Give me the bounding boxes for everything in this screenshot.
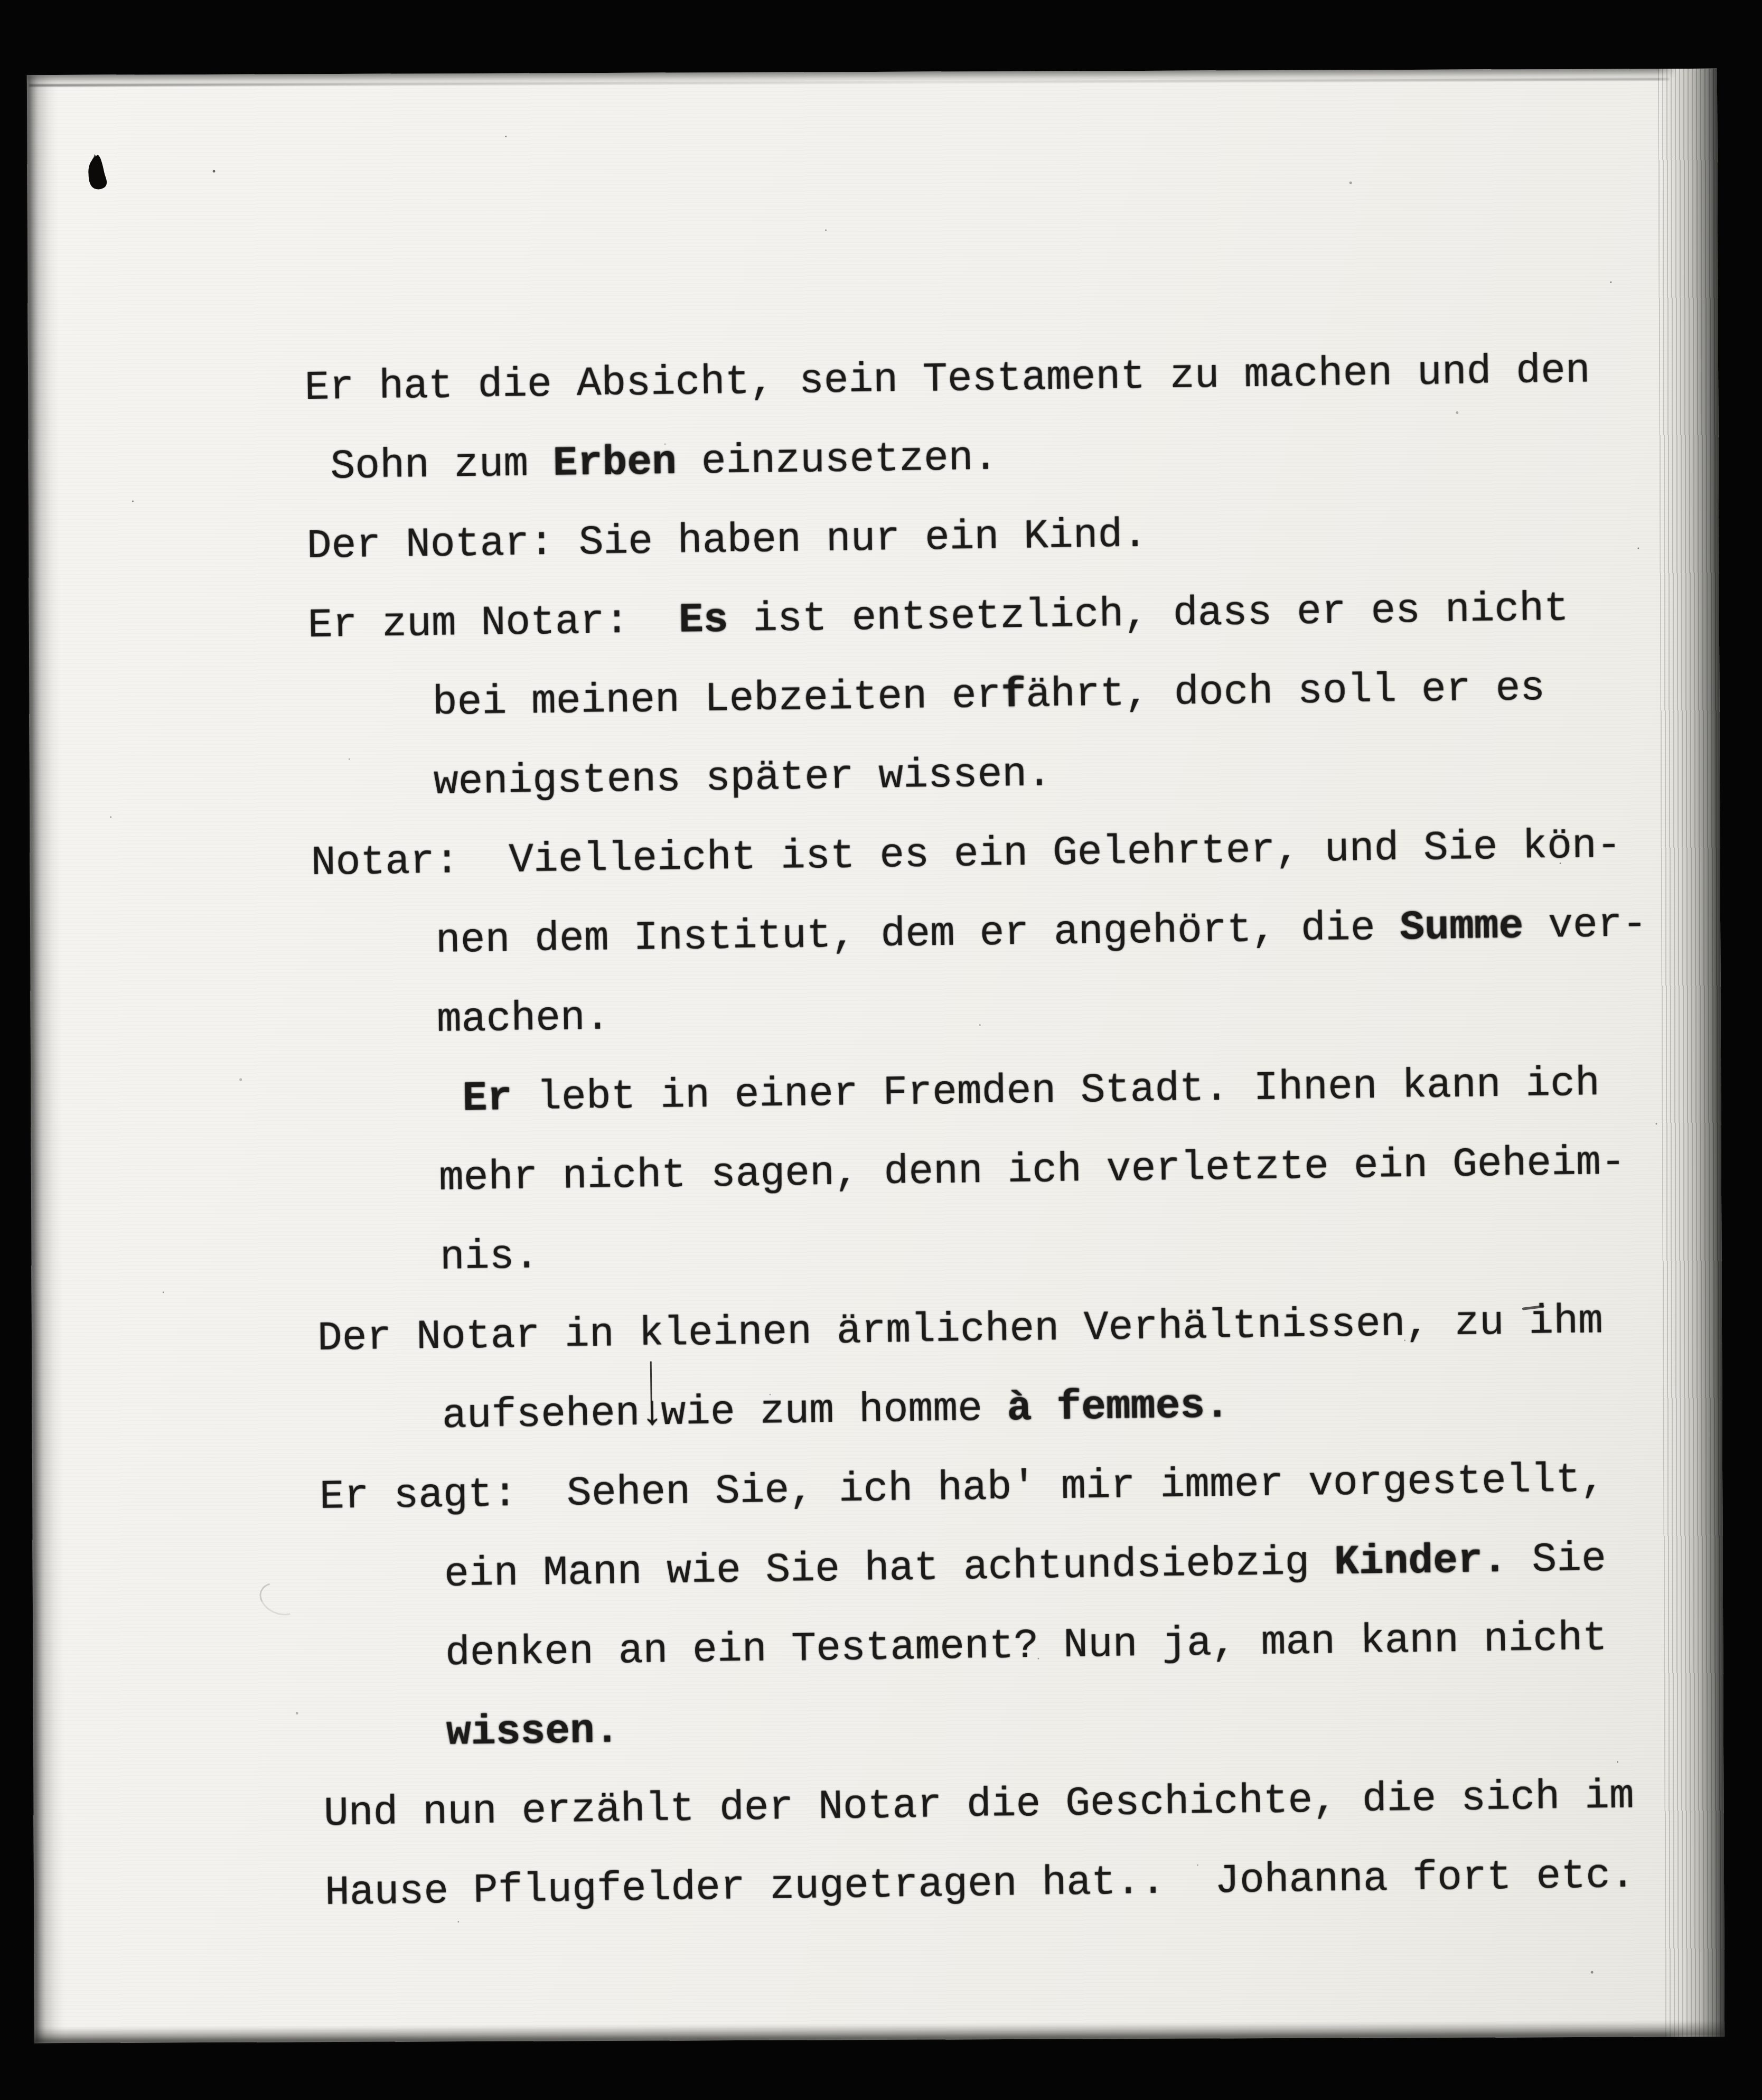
text-segment: Der Notar: Sie haben nur ein Kind.: [306, 512, 1148, 570]
text-segment: einzusetzen.: [676, 435, 998, 486]
text-segment: f: [1001, 672, 1026, 719]
text-segment: nis.: [316, 1233, 539, 1283]
text-segment: Kinder.: [1334, 1537, 1507, 1586]
text-segment: Hause Pflugfelder zugetragen hat.. Johan…: [325, 1853, 1636, 1917]
text-segment: [314, 1076, 463, 1124]
text-segment: ver-: [1523, 902, 1647, 950]
text-segment: denken an ein Testament? Nun ja, man kan…: [322, 1615, 1608, 1679]
ink-blot-mark: [86, 154, 110, 191]
text-segment: ein Mann wie Sie hat achtundsiebzig: [321, 1540, 1335, 1600]
text-segment: wissen.: [446, 1708, 620, 1756]
text-segment: Er: [462, 1075, 512, 1122]
text-segment: aufsehen: [318, 1391, 640, 1441]
text-segment: Sie: [1507, 1536, 1606, 1584]
text-segment: lebt in einer Fremden Stadt. Ihnen kann …: [512, 1061, 1600, 1122]
text-segment: à femmes.: [1007, 1383, 1230, 1432]
text-segment: Der Notar in kleinen ärmlichen Verhältni…: [317, 1298, 1603, 1362]
text-segment: Er sagt: Sehen Sie, ich hab' mir immer v…: [319, 1457, 1605, 1521]
text-segment: mehr nicht sagen, denn ich verletzte ein…: [315, 1140, 1626, 1204]
scanned-page: Er hat die Absicht, sein Testament zu ma…: [27, 69, 1724, 2043]
text-segment: Es: [678, 597, 728, 644]
text-segment: Sohn zum: [305, 441, 553, 491]
scan-background: Er hat die Absicht, sein Testament zu ma…: [0, 0, 1762, 2100]
text-segment: Notar: Vielleicht ist es ein Gelehrter, …: [311, 823, 1622, 887]
text-segment: Er zum Notar:: [307, 598, 679, 649]
text-segment: Und nun erzählt der Notar die Geschichte…: [324, 1774, 1635, 1837]
insertion-arrow-mark: ↓: [640, 1374, 662, 1454]
text-segment: wenigstens später wissen.: [310, 751, 1052, 808]
text-segment: machen.: [313, 995, 610, 1045]
text-segment: nen dem Institut, dem er angehört, die: [312, 905, 1400, 966]
text-segment: ährt, doch soll er es: [1026, 665, 1545, 719]
typewritten-text: Er hat die Absicht, sein Testament zu ma…: [304, 330, 1746, 1933]
text-segment: ist entsetzlich, dass er es nicht: [728, 586, 1569, 643]
text-segment: wie zum homme: [661, 1385, 1007, 1437]
text-segment: Er hat die Absicht, sein Testament zu ma…: [304, 348, 1590, 411]
text-segment: Erben: [552, 439, 677, 487]
text-segment: [323, 1710, 447, 1758]
text-segment: bei meinen Lebzeiten er: [308, 672, 1001, 728]
text-segment: Summe: [1400, 903, 1524, 951]
